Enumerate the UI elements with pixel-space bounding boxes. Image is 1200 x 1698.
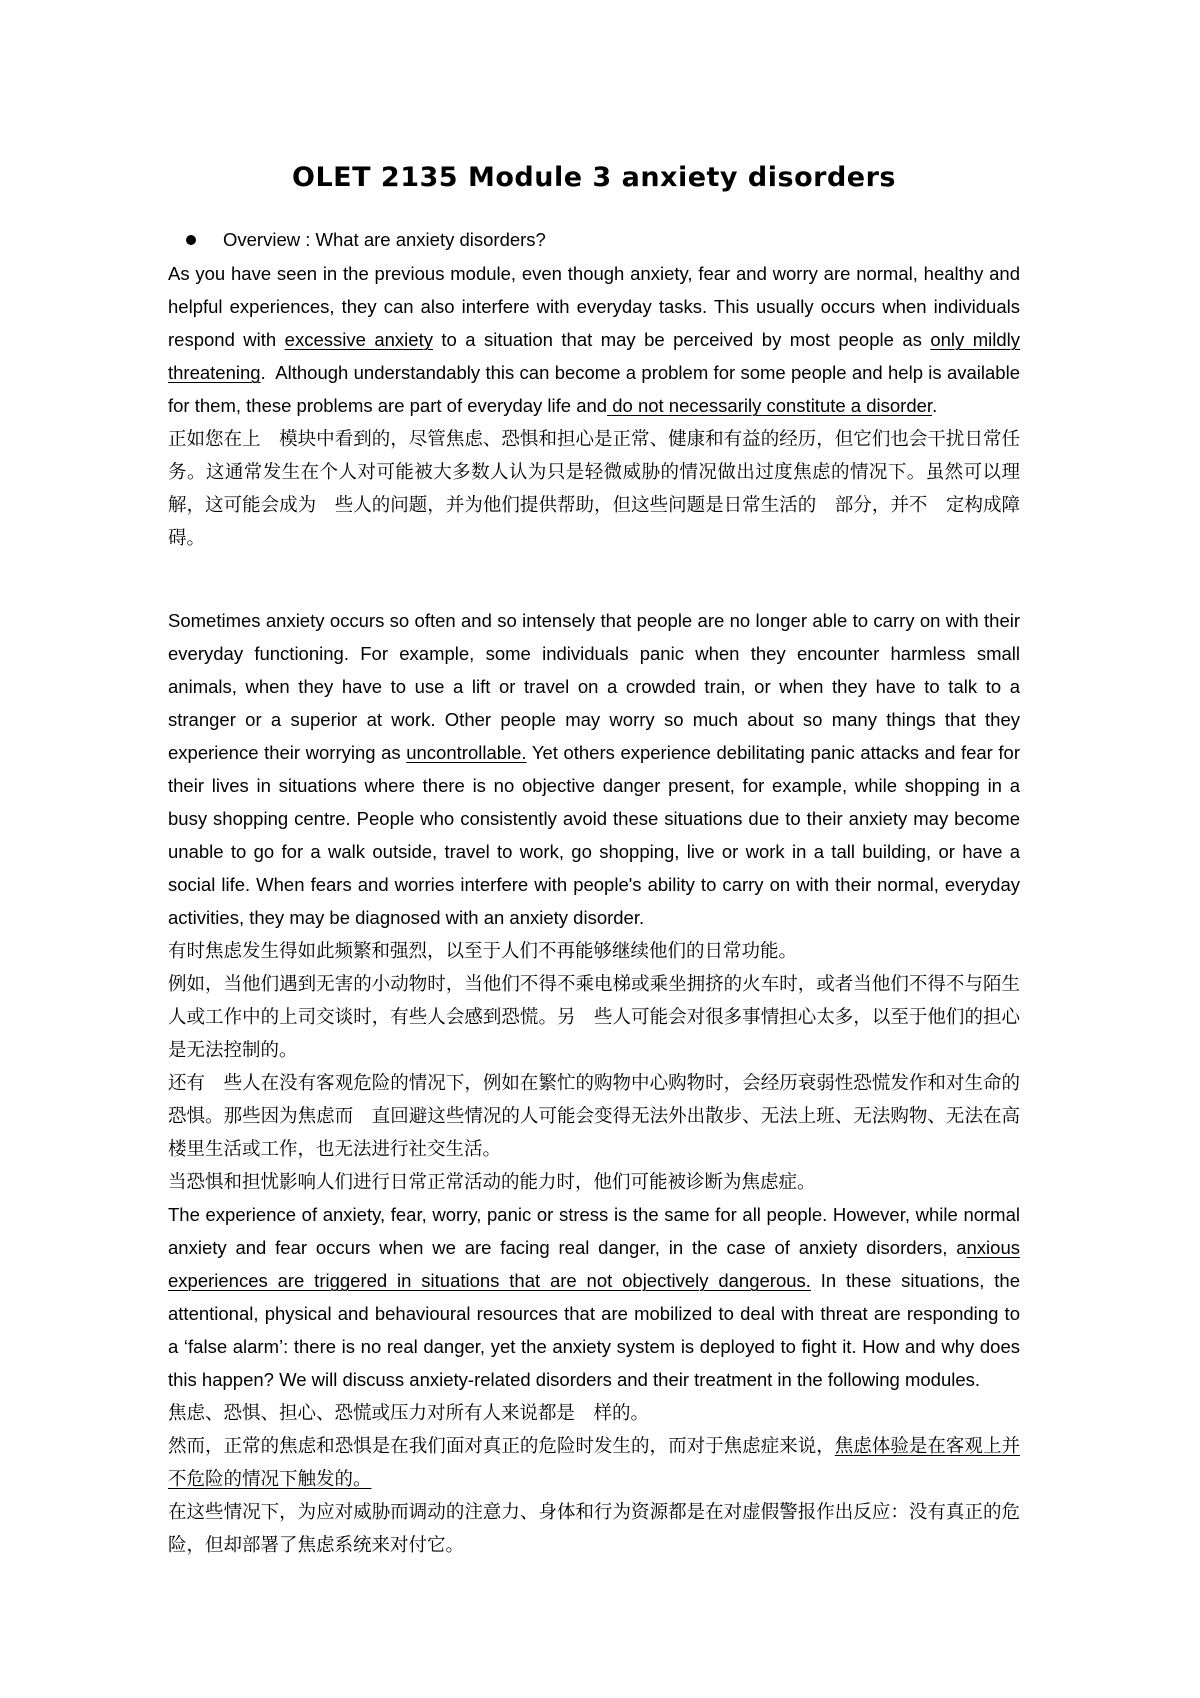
paragraph-zh-6: 焦虑、恐惧、担心、恐慌或压力对所有人来说都是 样的。 xyxy=(168,1396,1020,1429)
text-run: 然而，正常的焦虑和恐惧是在我们面对真正的危险时发生的，而对于焦虑症来说， xyxy=(168,1435,835,1456)
document-page: OLET 2135 Module 3 anxiety disorders Ove… xyxy=(0,0,1200,1698)
paragraph-en-1: As you have seen in the previous module,… xyxy=(168,257,1020,422)
paragraph-en-2: Sometimes anxiety occurs so often and so… xyxy=(168,604,1020,934)
paragraph-zh-1: 正如您在上 模块中看到的，尽管焦虑、恐惧和担心是正常、健康和有益的经历，但它们也… xyxy=(168,422,1020,554)
paragraph-en-3: The experience of anxiety, fear, worry, … xyxy=(168,1198,1020,1396)
document-title: OLET 2135 Module 3 anxiety disorders xyxy=(168,160,1020,196)
text-run: to a situation that may be perceived by … xyxy=(433,329,930,350)
paragraph-spacer xyxy=(168,554,1020,604)
paragraph-zh-4: 还有 些人在没有客观危险的情况下，例如在繁忙的购物中心购物时，会经历衰弱性恐慌发… xyxy=(168,1066,1020,1165)
paragraph-zh-8: 在这些情况下，为应对威胁而调动的注意力、身体和行为资源都是在对虚假警报作出反应：… xyxy=(168,1495,1020,1561)
text-run: . xyxy=(932,395,937,416)
document-content: OLET 2135 Module 3 anxiety disorders Ove… xyxy=(168,0,1020,1561)
text-run: Yet others experience debilitating panic… xyxy=(168,742,1020,928)
text-run: Sometimes anxiety occurs so often and so… xyxy=(168,610,1020,763)
paragraph-zh-2: 有时焦虑发生得如此频繁和强烈，以至于人们不再能够继续他们的日常功能。 xyxy=(168,934,1020,967)
underlined-phrase: uncontrollable. xyxy=(406,742,526,763)
paragraph-zh-5: 当恐惧和担忧影响人们进行日常正常活动的能力时，他们可能被诊断为焦虑症。 xyxy=(168,1165,1020,1198)
paragraph-zh-7: 然而，正常的焦虑和恐惧是在我们面对真正的危险时发生的，而对于焦虑症来说，焦虑体验… xyxy=(168,1429,1020,1495)
underlined-phrase: do not necessarily constitute a disorder xyxy=(607,395,932,416)
text-run: The experience of anxiety, fear, worry, … xyxy=(168,1204,1020,1258)
bullet-icon xyxy=(186,235,196,245)
paragraph-zh-3: 例如，当他们遇到无害的小动物时，当他们不得不乘电梯或乘坐拥挤的火车时，或者当他们… xyxy=(168,967,1020,1066)
overview-heading: Overview : What are anxiety disorders? xyxy=(223,229,546,251)
bullet-list-item: Overview : What are anxiety disorders? xyxy=(168,223,1020,257)
underlined-phrase: excessive anxiety xyxy=(285,329,433,350)
